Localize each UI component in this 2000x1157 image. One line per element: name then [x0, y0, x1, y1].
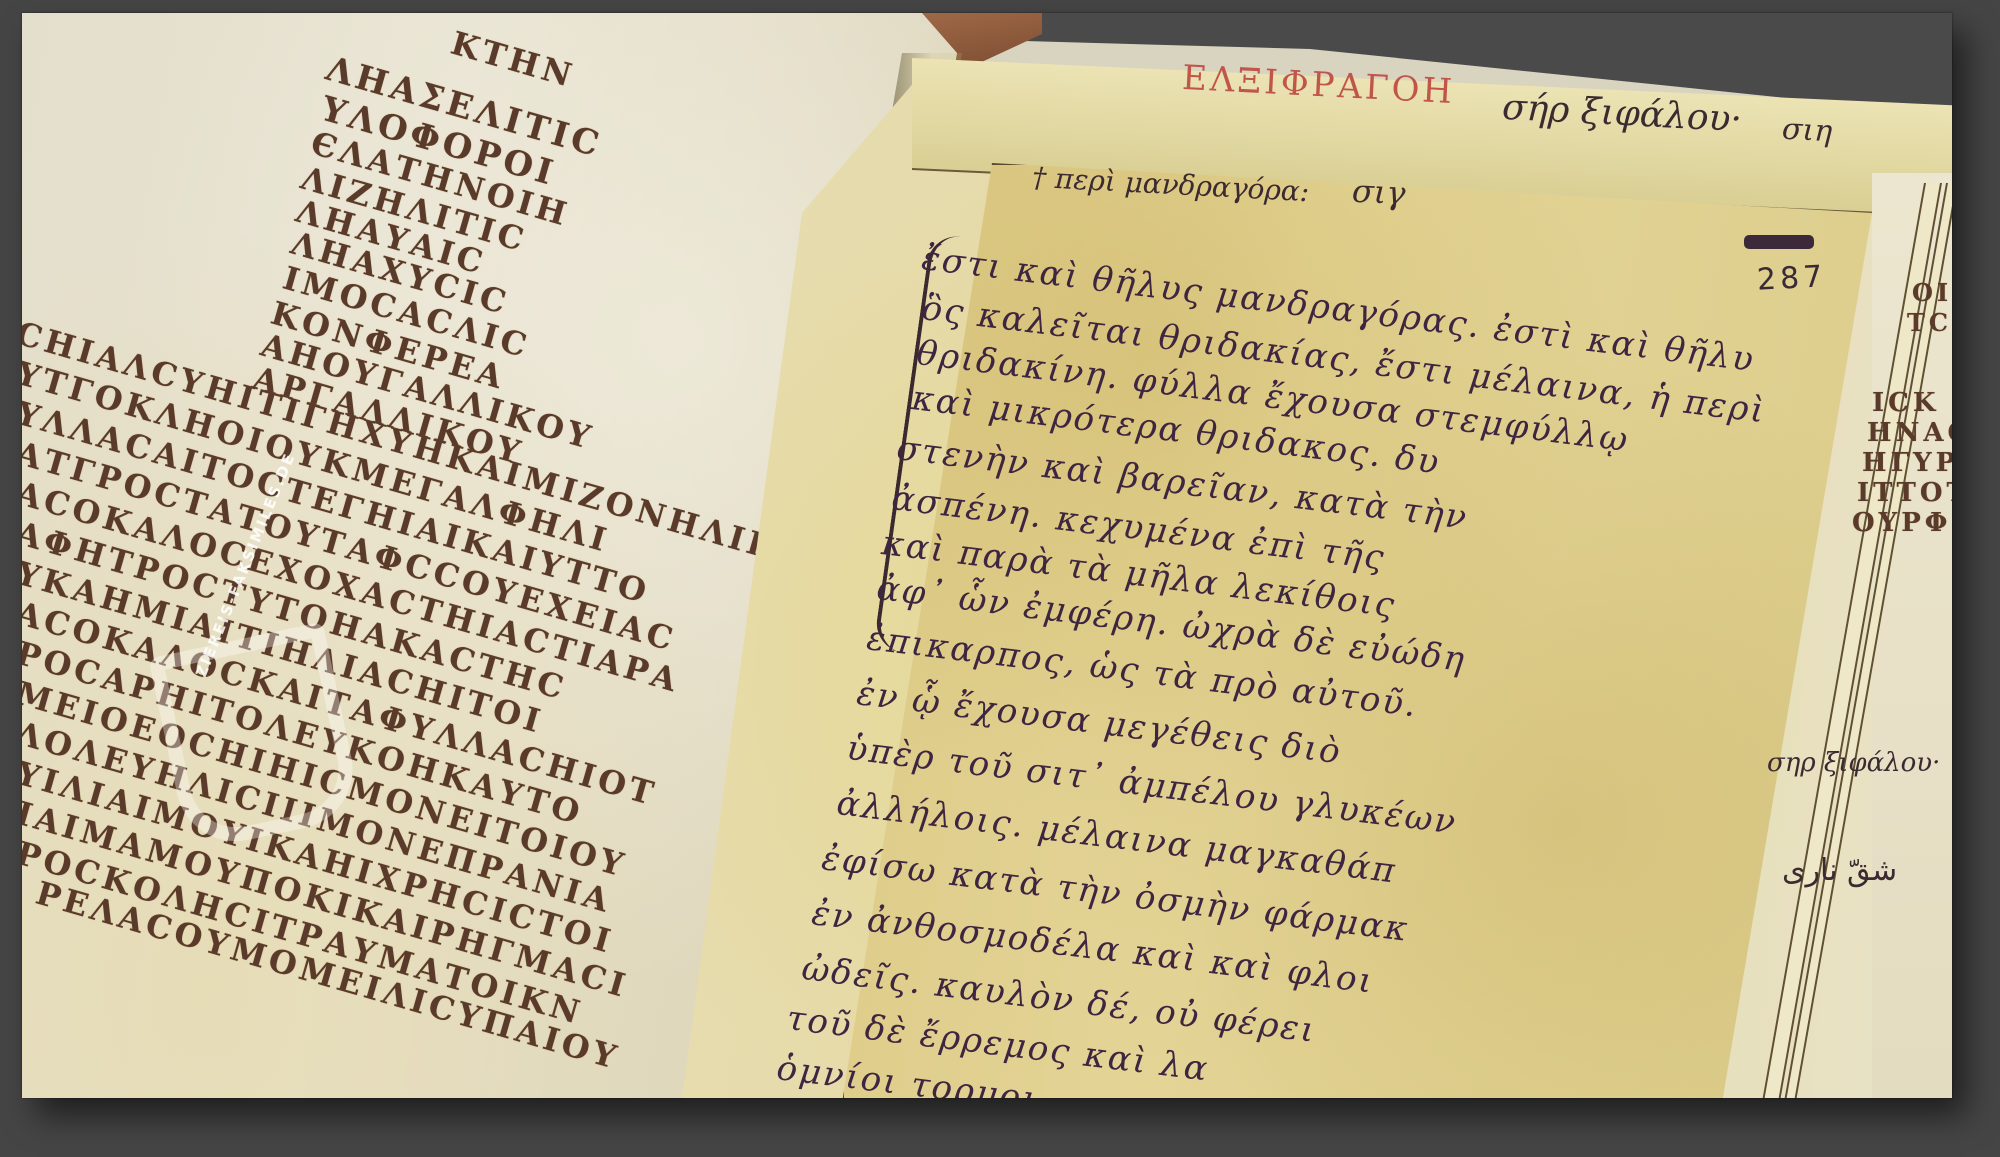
uncial-line: ΗΓΥΡΕ — [1862, 448, 1952, 478]
uncial-line: ΟΥΡΦ — [1852, 508, 1951, 538]
folio-number: 287 — [1756, 259, 1827, 298]
uncial-line: ΗΝΑC — [1867, 418, 1952, 448]
uncial-line: ΟΙΗ — [1912, 278, 1952, 307]
margin-note-greek: σηρ ξιφάλου· — [1767, 748, 1940, 778]
title-marginal: σιγ — [1351, 172, 1406, 213]
uncial-line: ΙCΚ — [1872, 388, 1939, 418]
margin-note-arabic: شقّ نارى — [1782, 853, 1897, 888]
cancelled-folio-number — [1744, 235, 1814, 249]
manuscript-photo: ΚΤΗΝ ΛΗΑΣΕΛΙΤΙC ΥΛΟΦΟΡΟΙ ЄΛΑΤΗΝΟΙΗ ΛΙΖΗΛ… — [22, 13, 1952, 1098]
uncial-line: ΙΤΤΟΤΑ — [1857, 478, 1952, 508]
header-note-right: σιη — [1781, 112, 1833, 150]
uncial-line: ΤCΗ — [1907, 308, 1952, 337]
